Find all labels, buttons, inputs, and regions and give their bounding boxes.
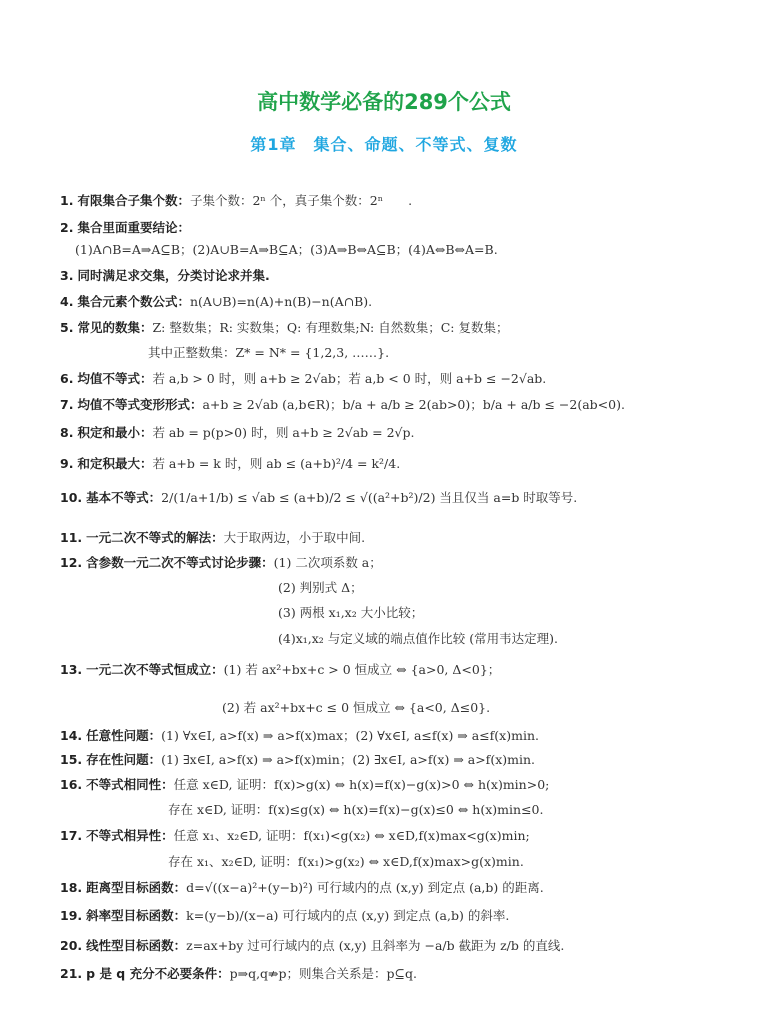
formula-item-continued: (3) 两根 x₁,x₂ 大小比较； xyxy=(278,605,423,621)
formula-item-continued: (4)x₁,x₂ 与定义域的端点值作比较 (常用韦达定理). xyxy=(278,631,558,647)
formula-item-continued: 存在 x∈D, 证明：f(x)≤g(x) ⇔ h(x)=f(x)−g(x)≤0 … xyxy=(168,802,543,818)
formula-item-continued: 存在 x₁、x₂∈D, 证明：f(x₁)>g(x₂) ⇔ x∈D,f(x)max… xyxy=(168,854,524,870)
formula-item: 13. 一元二次不等式恒成立：(1) 若 ax²+bx+c > 0 恒成立 ⇔ … xyxy=(60,662,500,678)
formula-item: 11. 一元二次不等式的解法：大于取两边，小于取中间. xyxy=(60,530,365,546)
formula-item: 16. 不等式相同性：任意 x∈D, 证明：f(x)>g(x) ⇔ h(x)=f… xyxy=(60,777,549,793)
formula-item: 7. 均值不等式变形形式：a+b ≥ 2√ab (a,b∈R)；b/a + a/… xyxy=(60,397,625,413)
formula-item: 5. 常见的数集：Z: 整数集；R: 实数集；Q: 有理数集;N: 自然数集；C… xyxy=(60,320,509,336)
formula-item: 15. 存在性问题：(1) ∃x∈I, a>f(x) ⇒ a>f(x)min；(… xyxy=(60,752,535,768)
formula-item: 4. 集合元素个数公式：n(A∪B)=n(A)+n(B)−n(A∩B). xyxy=(60,294,372,310)
formula-item: 20. 线性型目标函数：z=ax+by 过可行域内的点 (x,y) 且斜率为 −… xyxy=(60,938,564,954)
formula-item: 2. 集合里面重要结论： xyxy=(60,220,190,236)
formula-item: 9. 和定积最大：若 a+b = k 时，则 ab ≤ (a+b)²/4 = k… xyxy=(60,456,400,472)
formula-item: 1. 有限集合子集个数：子集个数：2ⁿ 个，真子集个数：2ⁿ . xyxy=(60,193,412,209)
document-title: 高中数学必备的289个公式 xyxy=(0,86,768,116)
formula-item-continued: (1)A∩B=A⇒A⊆B；(2)A∪B=A⇒B⊆A；(3)A⇒B⇔A⊆B；(4)… xyxy=(75,242,498,258)
formula-item: 8. 积定和最小：若 ab = p(p>0) 时，则 a+b ≥ 2√ab = … xyxy=(60,425,414,441)
formula-item: 12. 含参数一元二次不等式讨论步骤：(1) 二次项系数 a； xyxy=(60,555,382,571)
formula-item: 14. 任意性问题：(1) ∀x∈I, a>f(x) ⇒ a>f(x)max；(… xyxy=(60,728,539,744)
formula-item: 19. 斜率型目标函数：k=(y−b)/(x−a) 可行域内的点 (x,y) 到… xyxy=(60,908,509,924)
chapter-heading: 第1章 集合、命题、不等式、复数 xyxy=(0,132,768,155)
formula-item: 6. 均值不等式：若 a,b > 0 时，则 a+b ≥ 2√ab；若 a,b … xyxy=(60,371,546,387)
formula-item: 17. 不等式相异性：任意 x₁、x₂∈D, 证明：f(x₁)<g(x₂) ⇔ … xyxy=(60,828,530,844)
formula-item: 10. 基本不等式：2/(1/a+1/b) ≤ √ab ≤ (a+b)/2 ≤ … xyxy=(60,490,577,506)
formula-item-continued: (2) 若 ax²+bx+c ≤ 0 恒成立 ⇔ {a<0, Δ≤0}. xyxy=(222,700,490,716)
formula-item-continued: (2) 判别式 Δ； xyxy=(278,580,363,596)
formula-item-continued: 其中正整数集：Z* = N* = {1,2,3, ……}. xyxy=(148,345,389,361)
formula-item: 18. 距离型目标函数：d=√((x−a)²+(y−b)²) 可行域内的点 (x… xyxy=(60,880,544,896)
formula-item: 21. p 是 q 充分不必要条件：p⇒q,q⇏p；则集合关系是：p⊆q. xyxy=(60,966,417,982)
formula-item: 3. 同时满足求交集，分类讨论求并集. xyxy=(60,268,270,284)
